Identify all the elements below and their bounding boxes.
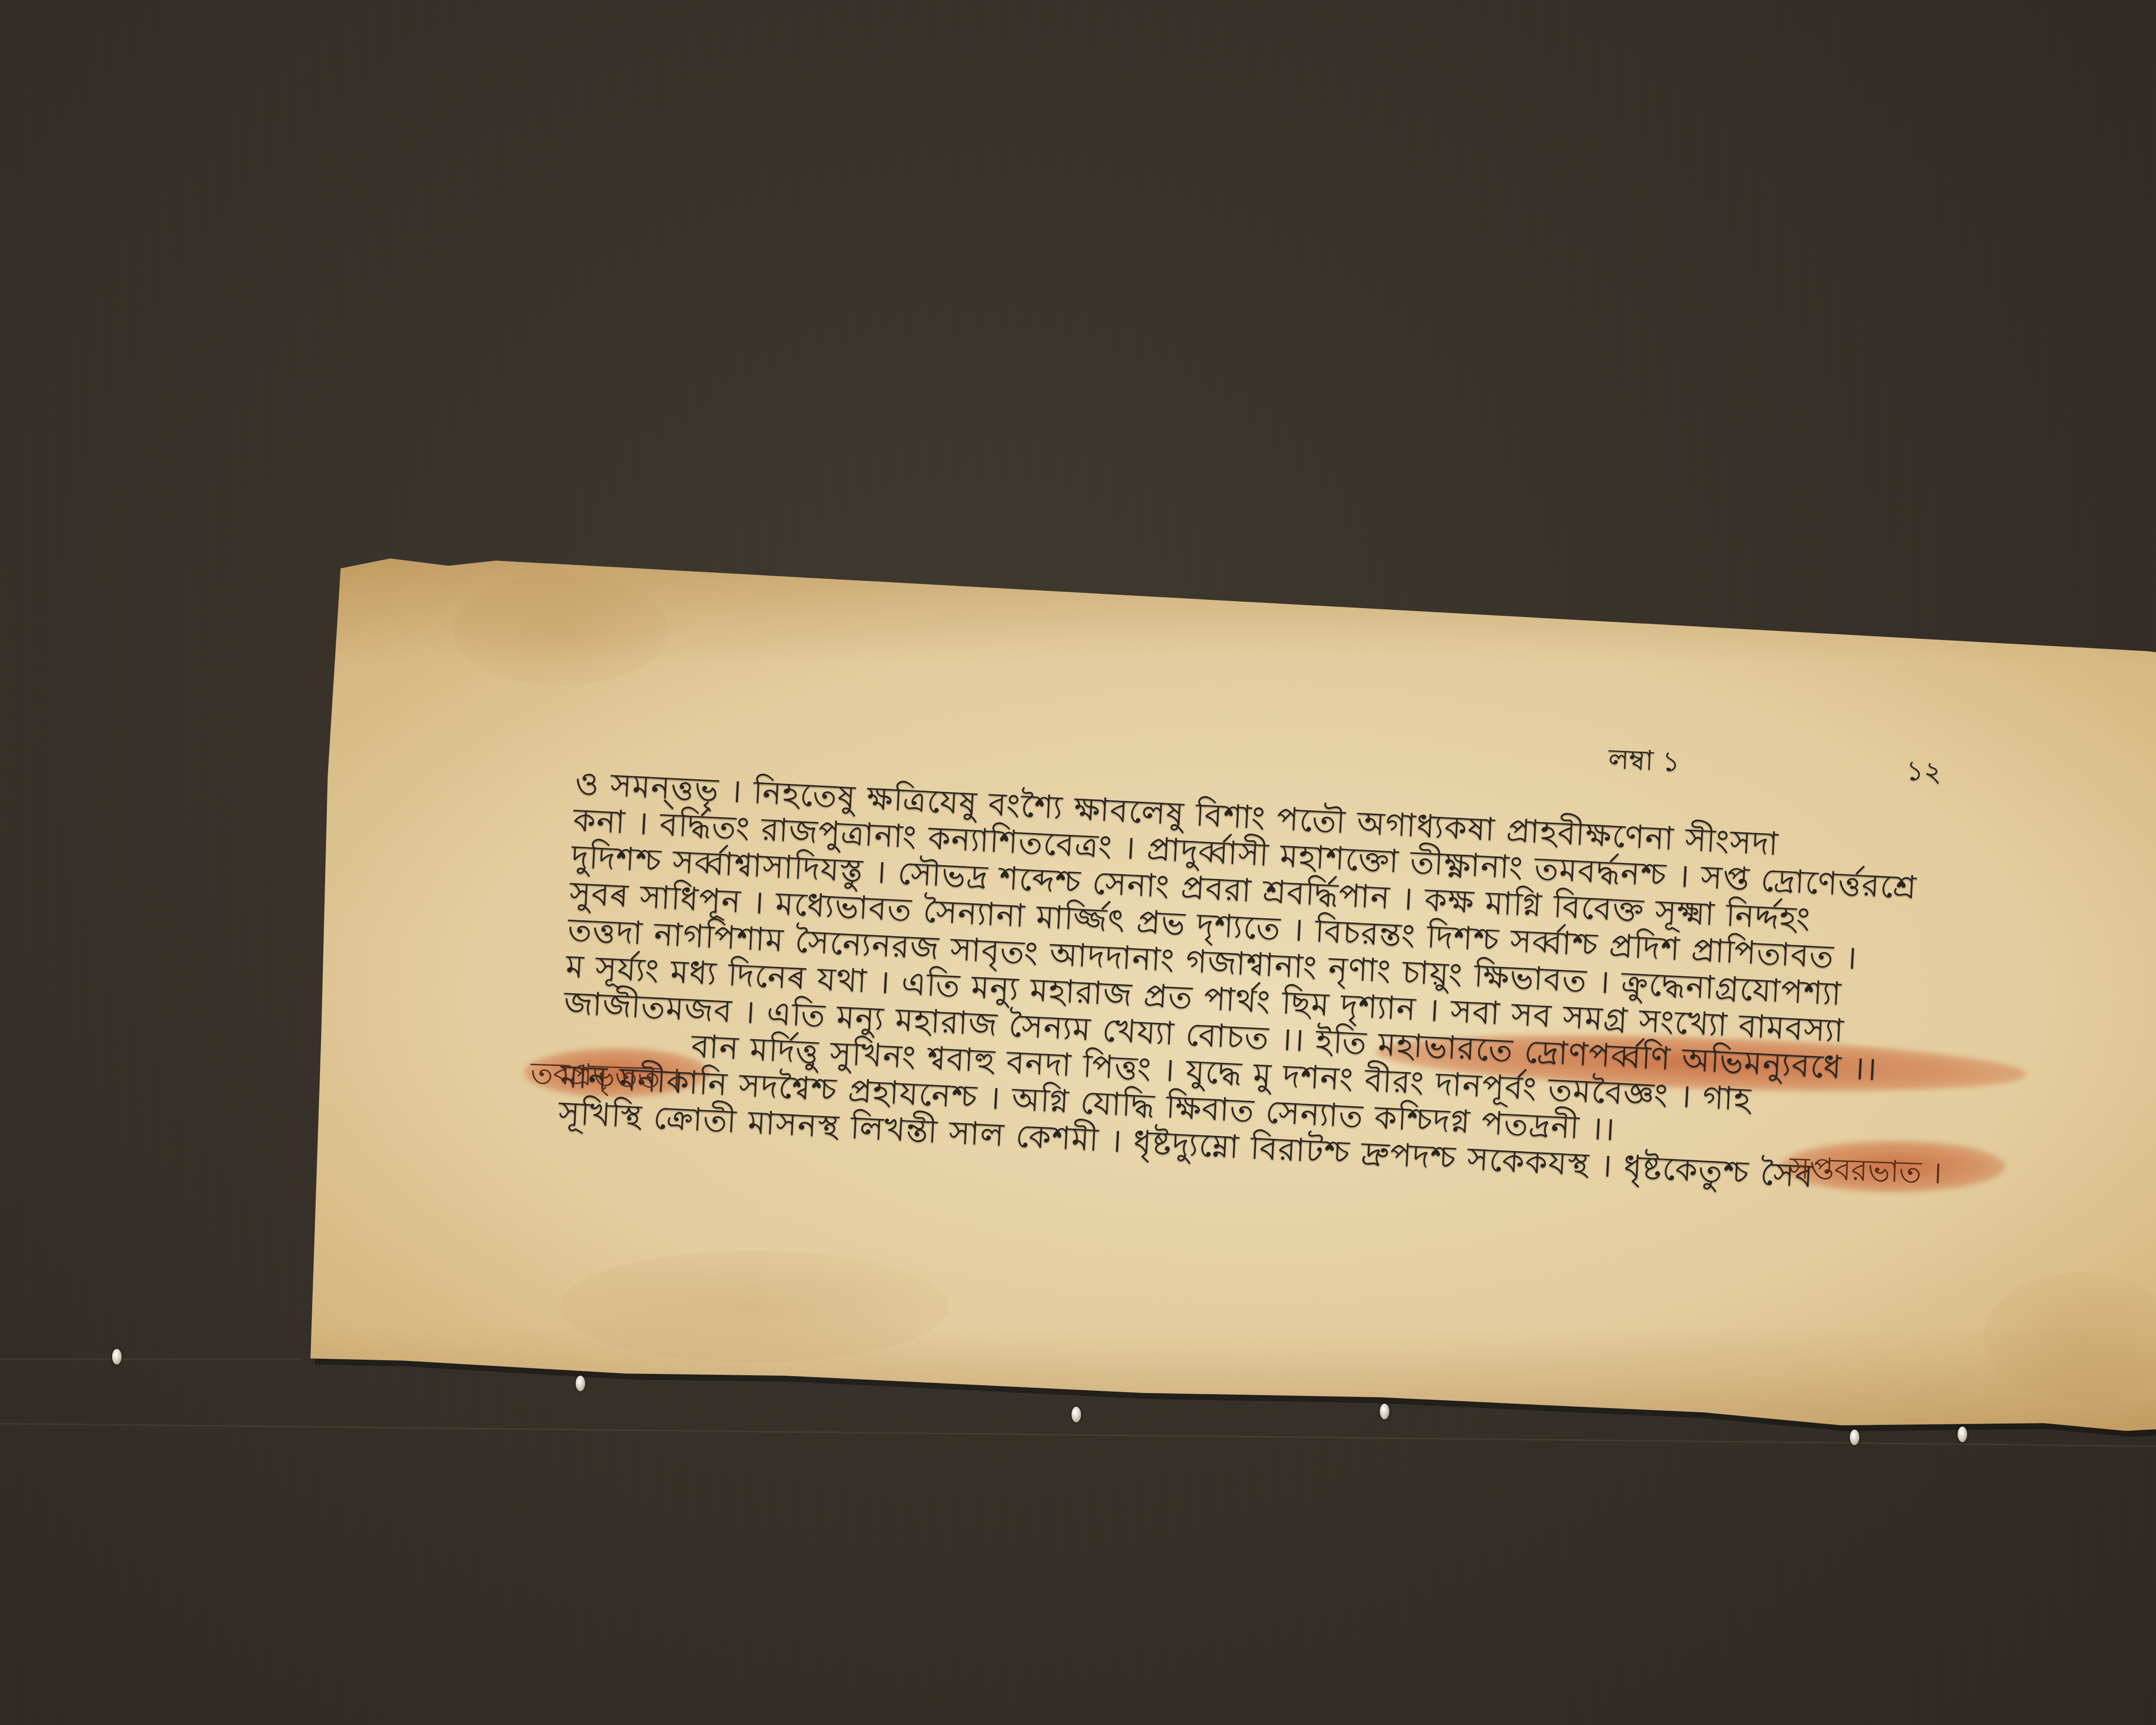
mounting-pin (1380, 1404, 1389, 1419)
rubric-label-left: তবপ্রভৃতত । (530, 1050, 681, 1105)
mounting-pin (1072, 1407, 1081, 1422)
mounting-pin (112, 1349, 122, 1364)
paper-stain (453, 574, 668, 686)
mounting-pin (576, 1376, 585, 1391)
folio-title-mark: লম্বা ১ (1608, 738, 1681, 787)
mounting-pin (1958, 1427, 1967, 1442)
rubric-label-right: সপ্তবরভাত । (1789, 1145, 1943, 1200)
manuscript-folio: লম্বা ১ ১২ ও সমন্ত্তভৃ । নিহতেষু ক্ষত্রি… (0, 0, 2156, 1725)
manuscript-text: ও সমন্ত্তভৃ । নিহতেষু ক্ষত্রিযেষু বংশ্যৈ… (551, 733, 2156, 1353)
mounting-pin (1850, 1430, 1859, 1445)
folio-page-number: ১২ (1905, 750, 1943, 797)
